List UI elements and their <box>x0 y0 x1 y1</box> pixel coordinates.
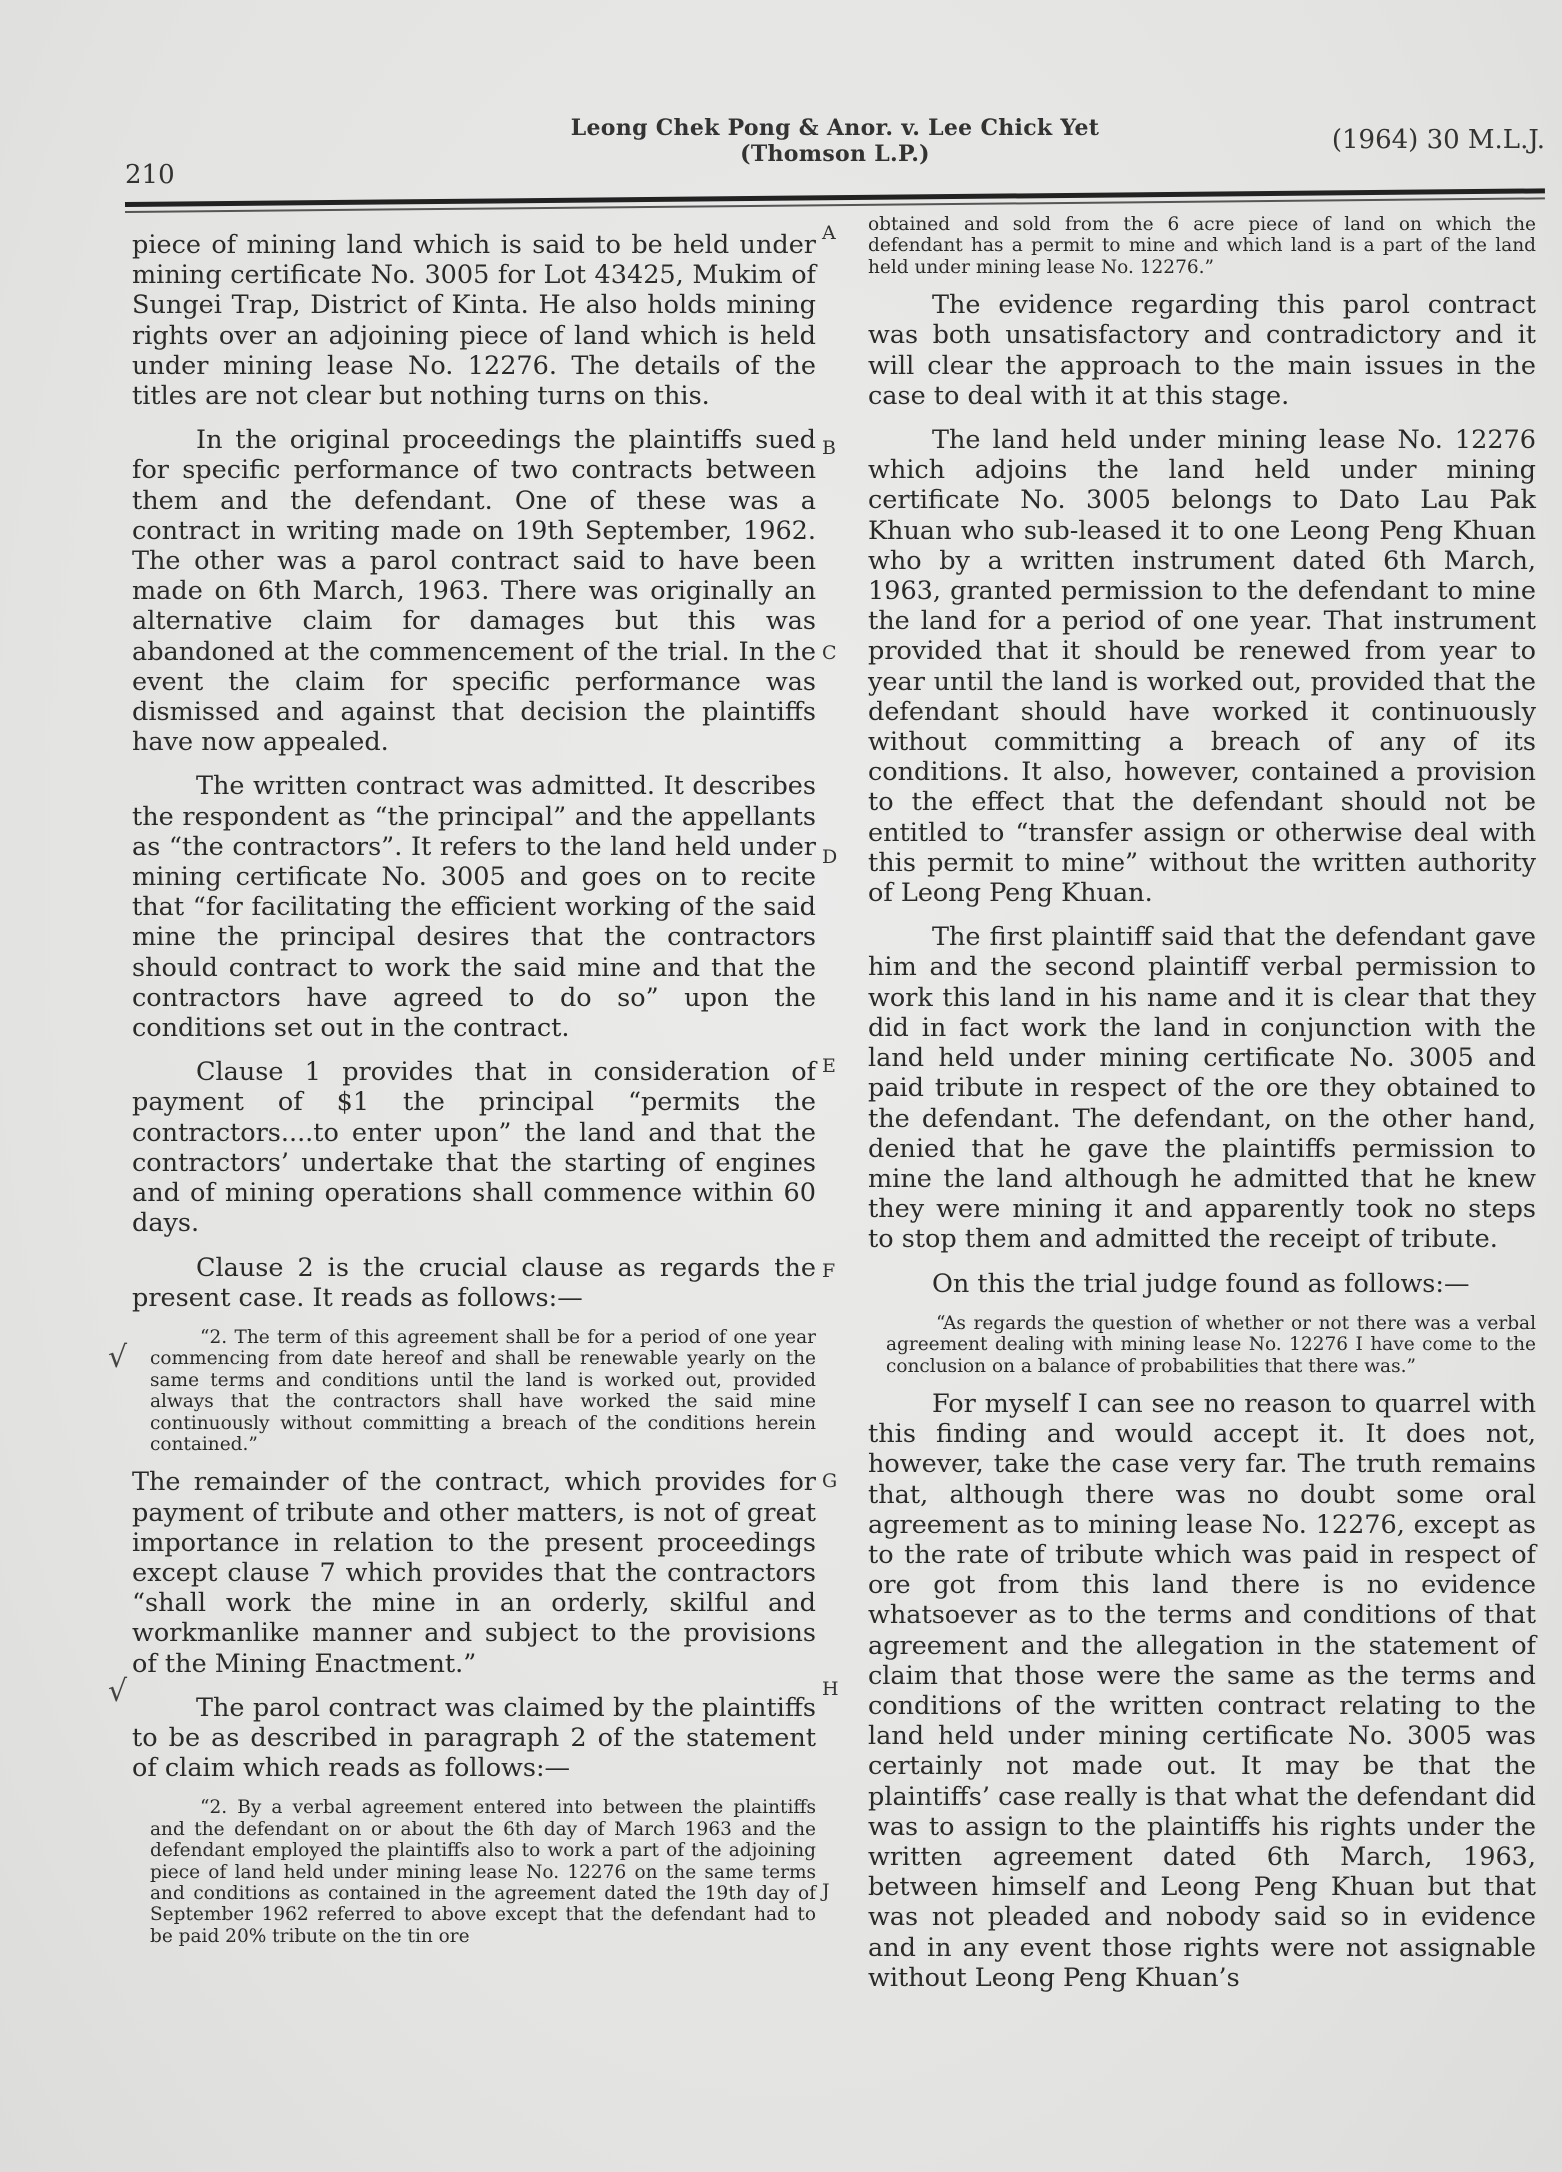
judge-name: (Thomson L.P.) <box>555 141 1115 167</box>
handwritten-tick-mark: √ <box>108 1674 127 1709</box>
paragraph: For myself I can see no reason to quarre… <box>868 1389 1536 1993</box>
paragraph: In the original proceedings the plaintif… <box>132 425 816 757</box>
paragraph: The written contract was admitted. It de… <box>132 771 816 1043</box>
document-page: 210 Leong Chek Pong & Anor. v. Lee Chick… <box>0 0 1562 2172</box>
margin-letter-f: F <box>822 1260 835 1282</box>
paragraph: Clause 2 is the crucial clause as regard… <box>132 1253 816 1313</box>
case-name: Leong Chek Pong & Anor. v. Lee Chick Yet <box>555 115 1115 141</box>
paragraph: The parol contract was claimed by the pl… <box>132 1693 816 1784</box>
margin-letter-d: D <box>822 846 837 868</box>
paragraph: The land held under mining lease No. 122… <box>868 425 1536 908</box>
paragraph: piece of mining land which is said to be… <box>132 230 816 411</box>
right-column: obtained and sold from the 6 acre piece … <box>868 208 1536 2007</box>
margin-letter-h: H <box>822 1678 839 1700</box>
block-quote: “As regards the question of whether or n… <box>886 1313 1536 1377</box>
block-quote: “2. By a verbal agreement entered into b… <box>150 1797 816 1947</box>
block-quote-continued: obtained and sold from the 6 acre piece … <box>868 214 1536 278</box>
left-column: piece of mining land which is said to be… <box>132 230 816 1959</box>
paragraph: The evidence regarding this parol contra… <box>868 290 1536 411</box>
paragraph: Clause 1 provides that in consideration … <box>132 1057 816 1238</box>
handwritten-tick-mark: √ <box>108 1340 127 1375</box>
paragraph: On this the trial judge found as follows… <box>868 1269 1536 1299</box>
margin-letter-e: E <box>822 1055 836 1077</box>
margin-letter-a: A <box>822 222 836 244</box>
citation: (1964) 30 M.L.J. <box>1332 125 1545 155</box>
margin-letter-c: C <box>822 642 837 664</box>
paragraph: The first plaintiff said that the defend… <box>868 922 1536 1254</box>
page-number: 210 <box>125 160 175 190</box>
block-quote: “2. The term of this agreement shall be … <box>150 1327 816 1455</box>
margin-letter-j: J <box>822 1880 830 1902</box>
paragraph: The remainder of the contract, which pro… <box>132 1467 816 1678</box>
margin-letter-b: B <box>822 437 836 459</box>
margin-letter-g: G <box>822 1470 837 1492</box>
running-title: Leong Chek Pong & Anor. v. Lee Chick Yet… <box>555 115 1115 167</box>
